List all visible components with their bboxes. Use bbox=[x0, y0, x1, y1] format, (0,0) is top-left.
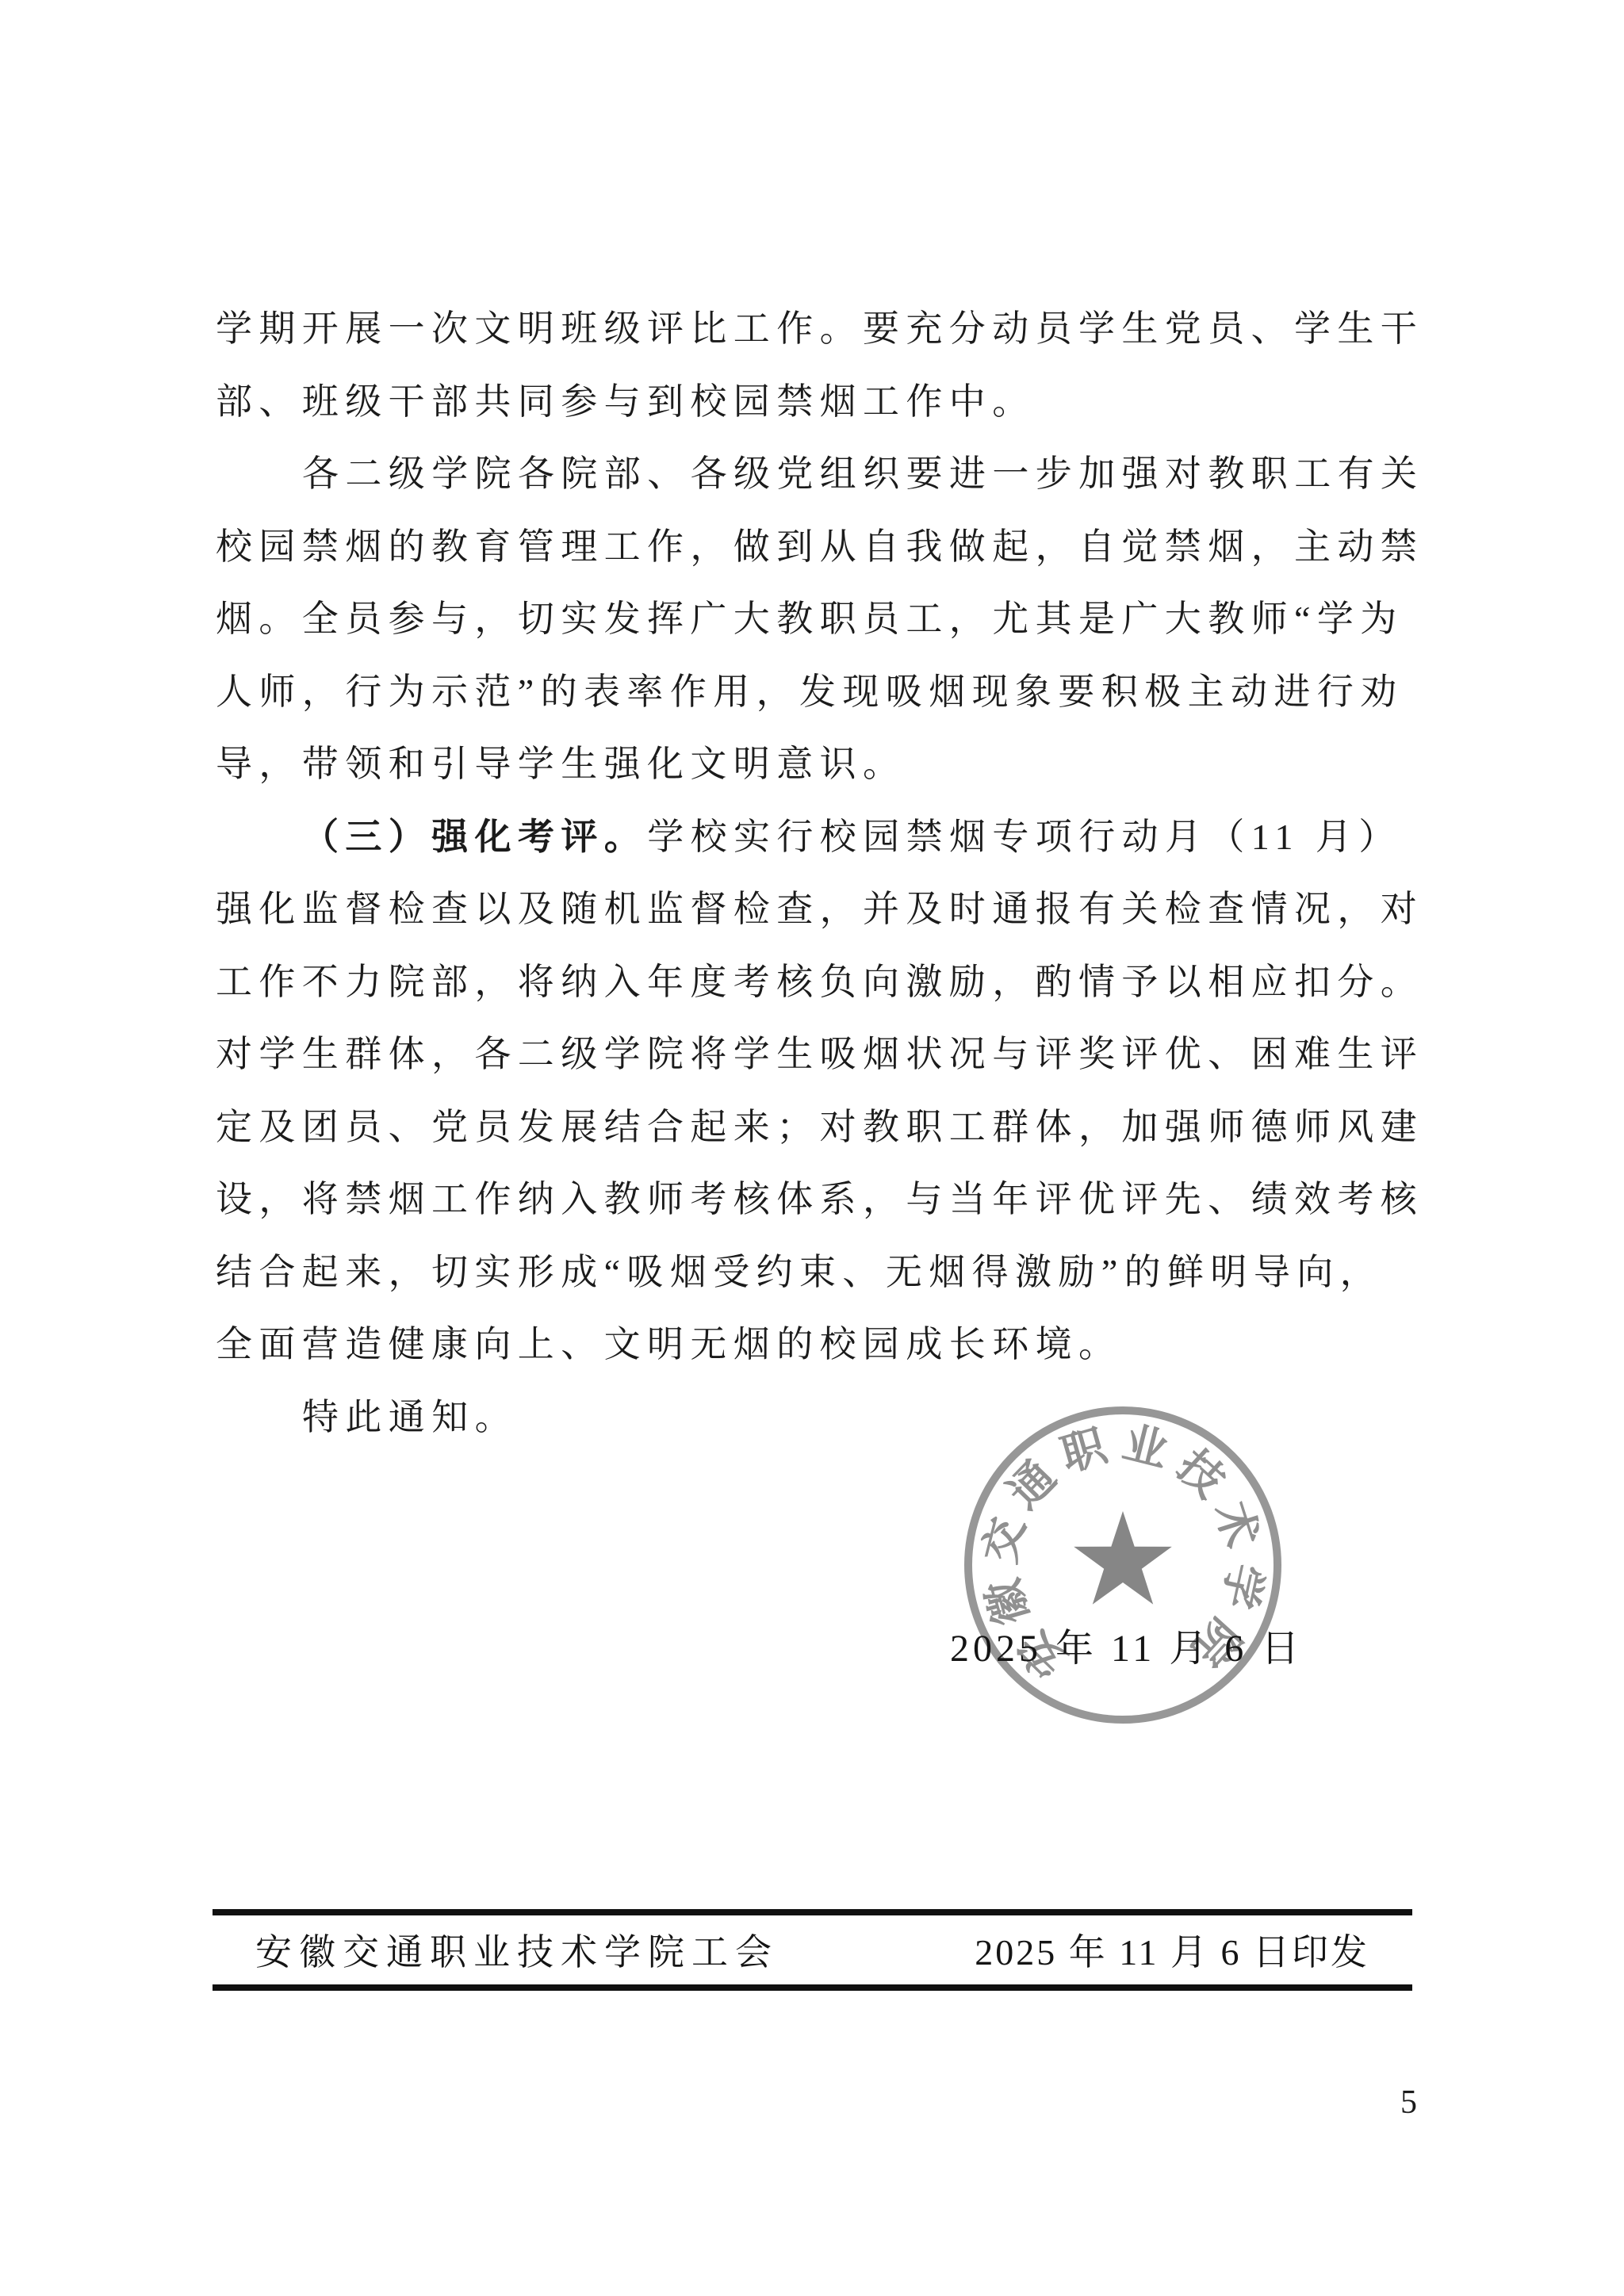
section-heading-bold: （三）强化考评。 bbox=[302, 817, 647, 857]
body-line: 导，带领和引导学生强化文明意识。 bbox=[216, 728, 1453, 801]
seal-icon: 安徽交通职业技术学院 bbox=[956, 1399, 1289, 1732]
body-line: 结合起来，切实形成“吸烟受约束、无烟得激励”的鲜明导向， bbox=[216, 1236, 1453, 1309]
footer-rule-bottom bbox=[213, 1984, 1412, 1991]
footer: 安徽交通职业技术学院工会 2025 年 11 月 6 日印发 bbox=[213, 1921, 1412, 1978]
body-line: 对学生群体，各二级学院将学生吸烟状况与评奖评优、困难生评 bbox=[216, 1018, 1453, 1091]
official-seal-stamp: 安徽交通职业技术学院 bbox=[956, 1399, 1289, 1732]
body-line: 强化监督检查以及随机监督检查，并及时通报有关检查情况，对 bbox=[216, 873, 1453, 946]
body-line: 烟。全员参与，切实发挥广大教职员工，尤其是广大教师“学为 bbox=[216, 583, 1453, 656]
body-line: 设，将禁烟工作纳入教师考核体系，与当年评优评先、绩效考核 bbox=[216, 1163, 1453, 1236]
body-line: 定及团员、党员发展结合起来；对教职工群体，加强师德师风建 bbox=[216, 1091, 1453, 1164]
body-line: 各二级学院各院部、各级党组织要进一步加强对教职工有关 bbox=[216, 438, 1453, 511]
body-line: 全面营造健康向上、文明无烟的校园成长环境。 bbox=[216, 1308, 1453, 1381]
seal-star-icon bbox=[1074, 1511, 1172, 1605]
body-line: 部、班级干部共同参与到校园禁烟工作中。 bbox=[216, 365, 1453, 438]
section-heading-rest: 学校实行校园禁烟专项行动月（11 月） bbox=[647, 817, 1401, 857]
document-page: 学期开展一次文明班级评比工作。要充分动员学生党员、学生干 部、班级干部共同参与到… bbox=[0, 0, 1624, 2296]
footer-rule-top bbox=[213, 1909, 1412, 1915]
footer-print-date: 2025 年 11 月 6 日印发 bbox=[975, 1923, 1412, 1976]
body-line: 工作不力院部，将纳入年度考核负向激励，酌情予以相应扣分。 bbox=[216, 946, 1453, 1019]
body-line: 学期开展一次文明班级评比工作。要充分动员学生党员、学生干 bbox=[216, 293, 1453, 365]
body-line: 人师，行为示范”的表率作用，发现吸烟现象要积极主动进行劝 bbox=[216, 656, 1453, 729]
body-line-section-heading: （三）强化考评。学校实行校园禁烟专项行动月（11 月） bbox=[216, 801, 1453, 874]
page-number: 5 bbox=[1400, 2084, 1417, 2122]
footer-issuing-org: 安徽交通职业技术学院工会 bbox=[213, 1923, 779, 1976]
issue-date: 2025 年 11 月 6 日 bbox=[950, 1617, 1331, 1672]
notice-body: 学期开展一次文明班级评比工作。要充分动员学生党员、学生干 部、班级干部共同参与到… bbox=[216, 293, 1453, 1453]
body-line: 校园禁烟的教育管理工作，做到从自我做起，自觉禁烟，主动禁 bbox=[216, 511, 1453, 584]
